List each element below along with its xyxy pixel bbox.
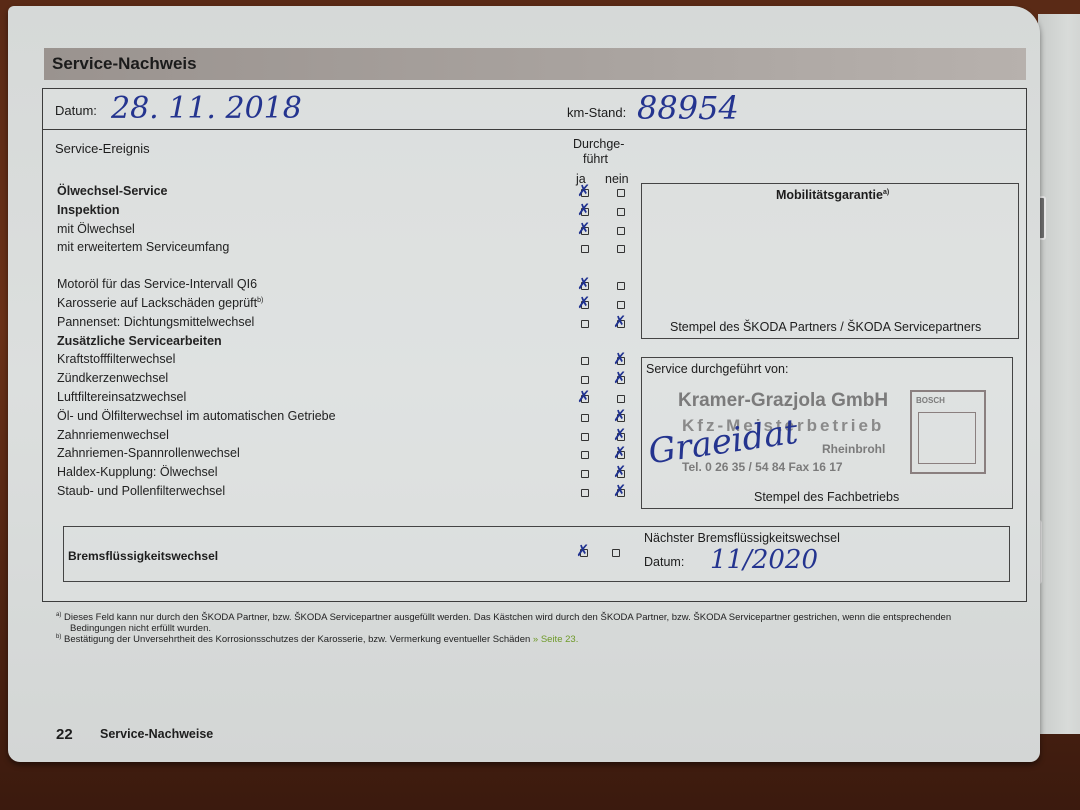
checkbox-nein[interactable]	[617, 282, 625, 290]
next-date-value[interactable]: 11/2020	[710, 545, 818, 575]
check-mark-icon: ✗	[613, 483, 626, 499]
check-mark-icon: ✗	[613, 445, 626, 461]
brake-fluid-no-checkbox[interactable]	[612, 549, 620, 557]
service-by-box: Service durchgeführt von: Kramer-Grazjol…	[641, 357, 1013, 509]
checkbox-nein[interactable]	[617, 189, 625, 197]
service-item-label: Motoröl für das Service-Intervall QI6	[57, 277, 257, 291]
footnote-a-text: Dieses Feld kann nur durch den ŠKODA Par…	[64, 612, 951, 623]
checkbox-ja[interactable]	[581, 433, 589, 441]
check-mark-icon: ✗	[613, 464, 626, 480]
check-mark-icon: ✗	[577, 183, 590, 199]
service-item-label: Haldex-Kupplung: Ölwechsel	[57, 465, 218, 479]
chapter-title: Service-Nachweise	[100, 727, 213, 741]
check-mark-icon: ✗	[577, 202, 590, 218]
checkbox-ja[interactable]	[581, 376, 589, 384]
stamp-company: Kramer-Grazjola GmbH	[678, 390, 888, 412]
service-item-label: Zahnriemen-Spannrollenwechsel	[57, 446, 240, 460]
service-item-label: Ölwechsel-Service	[57, 184, 167, 198]
mobility-guarantee-box: Mobilitätsgarantiea) Stempel des ŠKODA P…	[641, 183, 1019, 339]
page-number: 22	[56, 726, 73, 743]
service-item-label: Karosserie auf Lackschäden geprüftb)	[57, 296, 263, 310]
km-label: km-Stand:	[567, 105, 626, 120]
date-label: Datum:	[55, 103, 97, 118]
check-mark-icon: ✗	[613, 314, 626, 330]
service-item-label: Öl- und Ölfilterwechsel im automatischen…	[57, 409, 336, 423]
service-item-label: mit erweitertem Serviceumfang	[57, 240, 229, 254]
checkbox-ja[interactable]	[581, 451, 589, 459]
footnote-a-marker: a)	[56, 612, 61, 618]
check-mark-icon: ✗	[613, 351, 626, 367]
date-value[interactable]: 28. 11. 2018	[111, 91, 302, 126]
check-mark-icon: ✗	[577, 389, 590, 405]
footnote-marker: b)	[257, 297, 263, 304]
next-page-edge	[1038, 14, 1080, 734]
checkbox-ja[interactable]	[581, 245, 589, 253]
date-km-row: Datum: 28. 11. 2018 km-Stand: 88954	[43, 89, 1026, 130]
event-header: Service-Ereignis	[55, 141, 150, 156]
check-mark-icon: ✗	[613, 370, 626, 386]
check-mark-icon: ✗	[577, 295, 590, 311]
checkbox-nein[interactable]	[617, 208, 625, 216]
service-item-label: Zahnriemenwechsel	[57, 428, 169, 442]
service-item-label: mit Ölwechsel	[57, 222, 135, 236]
footnote-a-cont: Bedingungen nicht erfüllt wurden.	[70, 623, 211, 634]
checkbox-ja[interactable]	[581, 414, 589, 422]
service-by-caption: Stempel des Fachbetriebs	[754, 490, 899, 504]
footnote-b-marker: b)	[56, 634, 61, 640]
page-23-link[interactable]: » Seite 23.	[533, 634, 578, 645]
mobility-stamp-caption: Stempel des ŠKODA Partners / ŠKODA Servi…	[670, 320, 981, 334]
next-brake-fluid-label: Nächster Bremsflüssigkeitswechsel	[644, 531, 840, 545]
next-date-label: Datum:	[644, 555, 684, 569]
footnote-a: a) Dieses Feld kann nur durch den ŠKODA …	[56, 612, 951, 623]
checkbox-ja[interactable]	[581, 489, 589, 497]
checkbox-ja[interactable]	[581, 357, 589, 365]
brake-fluid-label: Bremsflüssigkeitswechsel	[68, 549, 218, 563]
no-header: nein	[605, 172, 629, 186]
checkbox-nein[interactable]	[617, 301, 625, 309]
check-mark-icon: ✗	[577, 276, 590, 292]
service-item-label: Luftfiltereinsatzwechsel	[57, 390, 186, 404]
stamp-inner-box	[918, 412, 976, 464]
mobility-title: Mobilitätsgarantiea)	[776, 188, 889, 202]
footnote-b: b) Bestätigung der Unversehrtheit des Ko…	[56, 634, 578, 645]
check-mark-icon: ✗	[577, 221, 590, 237]
footnote-b-text: Bestätigung der Unversehrtheit des Korro…	[64, 634, 530, 645]
km-value[interactable]: 88954	[637, 89, 739, 127]
service-form: Datum: 28. 11. 2018 km-Stand: 88954 Serv…	[42, 88, 1027, 602]
mobility-title-text: Mobilitätsgarantie	[776, 188, 883, 202]
section-header: Service-Nachweis	[44, 48, 1026, 80]
service-item-label: Kraftstofffilterwechsel	[57, 352, 175, 366]
service-item-label: Staub- und Pollenfilterwechsel	[57, 484, 225, 498]
check-mark-icon: ✗	[613, 427, 626, 443]
service-item-label: Zündkerzenwechsel	[57, 371, 168, 385]
performed-header-2: führt	[583, 152, 608, 166]
stamp-city: Rheinbrohl	[822, 442, 885, 456]
checkbox-ja[interactable]	[581, 470, 589, 478]
checkbox-nein[interactable]	[617, 227, 625, 235]
section-heading: Zusätzliche Servicearbeiten	[57, 334, 222, 348]
mobility-footnote-marker: a)	[883, 189, 889, 196]
check-mark-icon: ✗	[576, 543, 589, 559]
checkbox-ja[interactable]	[581, 320, 589, 328]
check-mark-icon: ✗	[613, 408, 626, 424]
service-item-label: Pannenset: Dichtungsmittelwechsel	[57, 315, 254, 329]
section-title: Service-Nachweis	[52, 54, 197, 74]
bosch-logo: BOSCH	[916, 396, 945, 405]
service-by-label: Service durchgeführt von:	[646, 362, 788, 376]
checkbox-nein[interactable]	[617, 395, 625, 403]
performed-header-1: Durchge-	[573, 137, 624, 151]
brake-fluid-box: Bremsflüssigkeitswechsel ✗ Nächster Brem…	[63, 526, 1010, 582]
stamp-logo-box: BOSCH	[910, 390, 986, 474]
service-item-label: Inspektion	[57, 203, 120, 217]
checkbox-nein[interactable]	[617, 245, 625, 253]
